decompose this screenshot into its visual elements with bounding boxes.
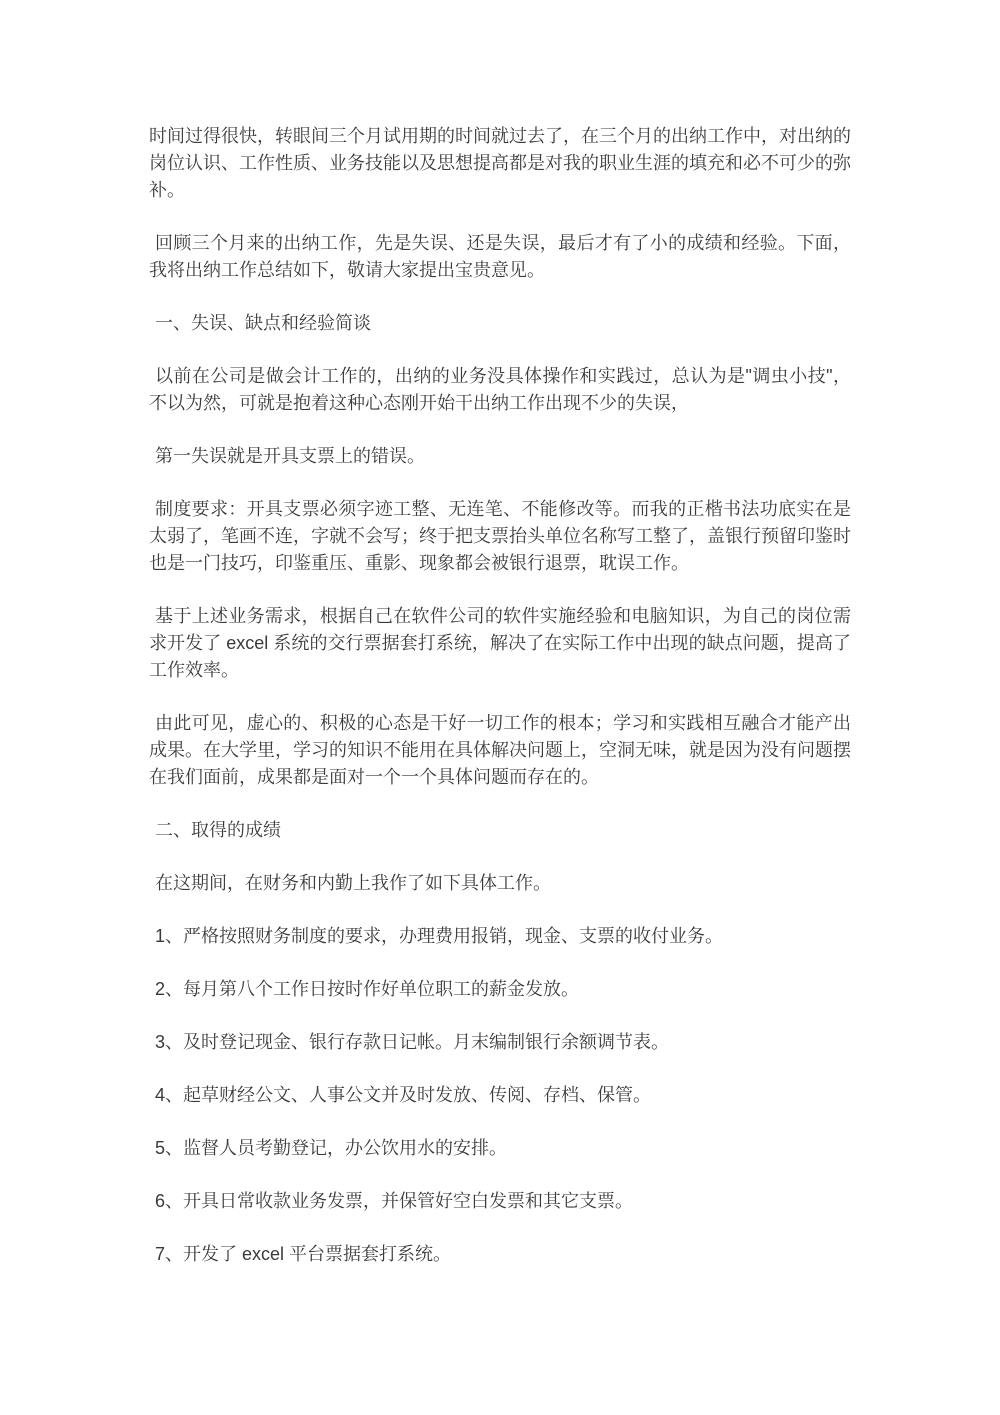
paragraph-work-summary-lead: 在这期间，在财务和内勤上我作了如下具体工作。 — [149, 870, 851, 897]
list-item-4: 4、起草财经公文、人事公文并及时发放、传阅、存档、保管。 — [149, 1082, 851, 1109]
document-page: 时间过得很快，转眼间三个月试用期的时间就过去了，在三个月的出纳工作中，对出纳的岗… — [149, 123, 851, 1294]
list-item-6: 6、开具日常收款业务发票，并保管好空白发票和其它支票。 — [149, 1188, 851, 1215]
paragraph-before-work: 以前在公司是做会计工作的，出纳的业务没具体操作和实践过，总认为是"调虫小技"，不… — [149, 363, 851, 417]
section-heading-2: 二、取得的成绩 — [149, 817, 851, 844]
paragraph-review: 回顾三个月来的出纳工作，先是失误、还是失误，最后才有了小的成绩和经验。下面，我将… — [149, 230, 851, 284]
list-item-2: 2、每月第八个工作日按时作好单位职工的薪金发放。 — [149, 976, 851, 1003]
paragraph-intro: 时间过得很快，转眼间三个月试用期的时间就过去了，在三个月的出纳工作中，对出纳的岗… — [149, 123, 851, 204]
list-item-7: 7、开发了 excel 平台票据套打系统。 — [149, 1241, 851, 1268]
list-item-1: 1、严格按照财务制度的要求，办理费用报销，现金、支票的收付业务。 — [149, 923, 851, 950]
paragraph-excel-system: 基于上述业务需求，根据自己在软件公司的软件实施经验和电脑知识，为自己的岗位需求开… — [149, 603, 851, 684]
list-item-5: 5、监督人员考勤登记，办公饮用水的安排。 — [149, 1135, 851, 1162]
paragraph-conclusion-attitude: 由此可见，虚心的、积极的心态是干好一切工作的根本；学习和实践相互融合才能产出成果… — [149, 710, 851, 791]
paragraph-rules: 制度要求：开具支票必须字迹工整、无连笔、不能修改等。而我的正楷书法功底实在是太弱… — [149, 496, 851, 577]
paragraph-first-mistake: 第一失误就是开具支票上的错误。 — [149, 443, 851, 470]
section-heading-1: 一、失误、缺点和经验简谈 — [149, 310, 851, 337]
list-item-3: 3、及时登记现金、银行存款日记帐。月末编制银行余额调节表。 — [149, 1029, 851, 1056]
